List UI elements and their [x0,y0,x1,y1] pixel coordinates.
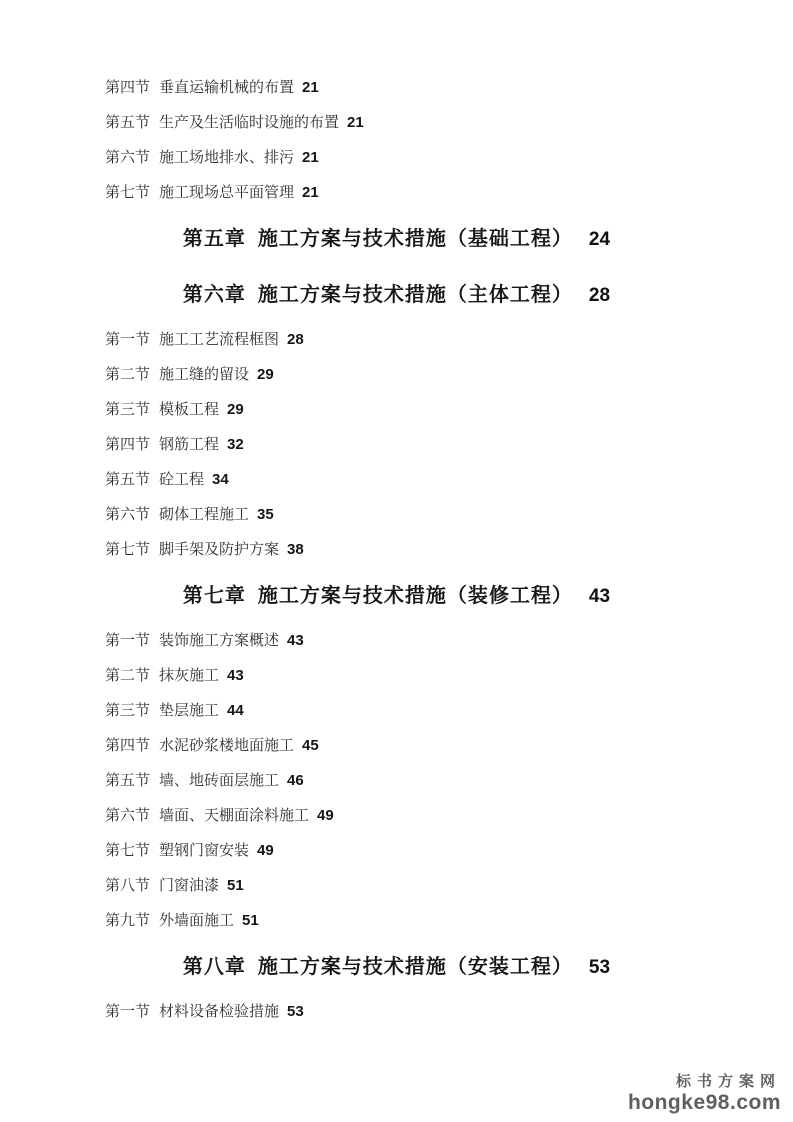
toc-page-number: 51 [227,877,244,894]
watermark: 标书方案网 hongke98.com [628,1074,781,1114]
toc-chapter-row[interactable]: 第七章施工方案与技术措施（装修工程）43 [0,569,793,623]
toc-page-number: 21 [302,149,319,166]
toc-page-number: 53 [287,1003,304,1020]
toc-section-title: 装饰施工方案概述 [159,633,279,649]
toc-section-label: 第五节 [105,472,150,488]
toc-section-label: 第九节 [105,913,150,929]
toc-section-row[interactable]: 第一节装饰施工方案概述43 [0,623,793,658]
toc-chapter-title: 施工方案与技术措施（安装工程） [258,956,573,978]
toc-page-number: 46 [287,772,304,789]
toc-page-number: 49 [257,842,274,859]
toc-section-label: 第七节 [105,843,150,859]
toc-section-label: 第二节 [105,668,150,684]
toc-section-title: 模板工程 [159,402,219,418]
toc-section-row[interactable]: 第六节砌体工程施工35 [0,497,793,532]
toc-section-title: 材料设备检验措施 [159,1004,279,1020]
toc-section-title: 施工缝的留设 [159,367,249,383]
toc-section-label: 第一节 [105,1004,150,1020]
toc-section-label: 第五节 [105,773,150,789]
toc-page-number: 44 [227,702,244,719]
toc-chapter-row[interactable]: 第六章施工方案与技术措施（主体工程）28 [0,268,793,322]
toc-page-number: 24 [589,229,610,250]
toc-section-row[interactable]: 第五节生产及生活临时设施的布置21 [0,105,793,140]
toc-section-title: 墙面、天棚面涂料施工 [159,808,309,824]
toc-section-title: 施工现场总平面管理 [159,185,294,201]
toc-page-number: 21 [347,114,364,131]
toc-section-row[interactable]: 第五节墙、地砖面层施工46 [0,763,793,798]
toc-section-row[interactable]: 第一节材料设备检验措施53 [0,994,793,1029]
toc-section-row[interactable]: 第七节塑钢门窗安装49 [0,833,793,868]
toc-page-number: 45 [302,737,319,754]
toc-chapter-label: 第七章 [183,585,246,607]
toc-chapter-label: 第八章 [183,956,246,978]
toc-section-label: 第六节 [105,808,150,824]
toc-page-number: 43 [227,667,244,684]
toc-section-row[interactable]: 第三节垫层施工44 [0,693,793,728]
toc-section-label: 第四节 [105,80,150,96]
toc-section-label: 第六节 [105,507,150,523]
toc-section-row[interactable]: 第六节施工场地排水、排污21 [0,140,793,175]
toc-chapter-label: 第五章 [183,228,246,250]
toc-section-title: 施工场地排水、排污 [159,150,294,166]
toc-section-title: 钢筋工程 [159,437,219,453]
watermark-site-url: hongke98.com [628,1091,781,1114]
toc-section-title: 外墙面施工 [159,913,234,929]
toc-section-label: 第三节 [105,402,150,418]
toc-section-label: 第一节 [105,633,150,649]
toc-section-title: 垂直运输机械的布置 [159,80,294,96]
toc-page-number: 28 [589,285,610,306]
toc-chapter-label: 第六章 [183,284,246,306]
toc-section-label: 第一节 [105,332,150,348]
toc-section-row[interactable]: 第五节砼工程34 [0,462,793,497]
toc-section-row[interactable]: 第二节抹灰施工43 [0,658,793,693]
toc-section-row[interactable]: 第七节施工现场总平面管理21 [0,175,793,210]
toc-page-number: 21 [302,79,319,96]
table-of-contents: 第四节垂直运输机械的布置21 第五节生产及生活临时设施的布置21 第六节施工场地… [0,70,793,1029]
toc-section-row[interactable]: 第四节钢筋工程32 [0,427,793,462]
toc-page-number: 38 [287,541,304,558]
toc-section-label: 第五节 [105,115,150,131]
toc-page-number: 35 [257,506,274,523]
toc-section-title: 砌体工程施工 [159,507,249,523]
toc-section-row[interactable]: 第二节施工缝的留设29 [0,357,793,392]
toc-section-row[interactable]: 第七节脚手架及防护方案38 [0,532,793,567]
toc-chapter-row[interactable]: 第八章施工方案与技术措施（安装工程）53 [0,940,793,994]
toc-section-title: 施工工艺流程框图 [159,332,279,348]
toc-section-label: 第四节 [105,738,150,754]
toc-page-number: 53 [589,957,610,978]
toc-section-title: 脚手架及防护方案 [159,542,279,558]
toc-chapter-title: 施工方案与技术措施（主体工程） [258,284,573,306]
toc-section-label: 第四节 [105,437,150,453]
toc-page-number: 28 [287,331,304,348]
toc-section-row[interactable]: 第一节施工工艺流程框图28 [0,322,793,357]
toc-section-row[interactable]: 第四节水泥砂浆楼地面施工45 [0,728,793,763]
toc-section-row[interactable]: 第六节墙面、天棚面涂料施工49 [0,798,793,833]
toc-section-title: 抹灰施工 [159,668,219,684]
toc-section-label: 第七节 [105,185,150,201]
toc-section-label: 第六节 [105,150,150,166]
toc-section-label: 第八节 [105,878,150,894]
toc-section-label: 第二节 [105,367,150,383]
toc-section-row[interactable]: 第三节模板工程29 [0,392,793,427]
toc-section-label: 第七节 [105,542,150,558]
toc-chapter-row[interactable]: 第五章施工方案与技术措施（基础工程）24 [0,212,793,266]
toc-page-number: 51 [242,912,259,929]
toc-section-title: 门窗油漆 [159,878,219,894]
toc-page-number: 49 [317,807,334,824]
toc-section-row[interactable]: 第四节垂直运输机械的布置21 [0,70,793,105]
toc-section-title: 墙、地砖面层施工 [159,773,279,789]
toc-section-title: 垫层施工 [159,703,219,719]
toc-page-number: 43 [287,632,304,649]
toc-page-number: 21 [302,184,319,201]
toc-page-number: 29 [257,366,274,383]
toc-page-number: 29 [227,401,244,418]
watermark-site-name: 标书方案网 [628,1074,781,1091]
toc-section-title: 砼工程 [159,472,204,488]
toc-chapter-title: 施工方案与技术措施（装修工程） [258,585,573,607]
toc-section-title: 生产及生活临时设施的布置 [159,115,339,131]
document-page: 第四节垂直运输机械的布置21 第五节生产及生活临时设施的布置21 第六节施工场地… [0,0,793,1122]
toc-section-row[interactable]: 第九节外墙面施工51 [0,903,793,938]
toc-section-title: 水泥砂浆楼地面施工 [159,738,294,754]
toc-page-number: 34 [212,471,229,488]
toc-chapter-title: 施工方案与技术措施（基础工程） [258,228,573,250]
toc-section-row[interactable]: 第八节门窗油漆51 [0,868,793,903]
toc-section-label: 第三节 [105,703,150,719]
toc-section-title: 塑钢门窗安装 [159,843,249,859]
toc-page-number: 32 [227,436,244,453]
toc-page-number: 43 [589,586,610,607]
